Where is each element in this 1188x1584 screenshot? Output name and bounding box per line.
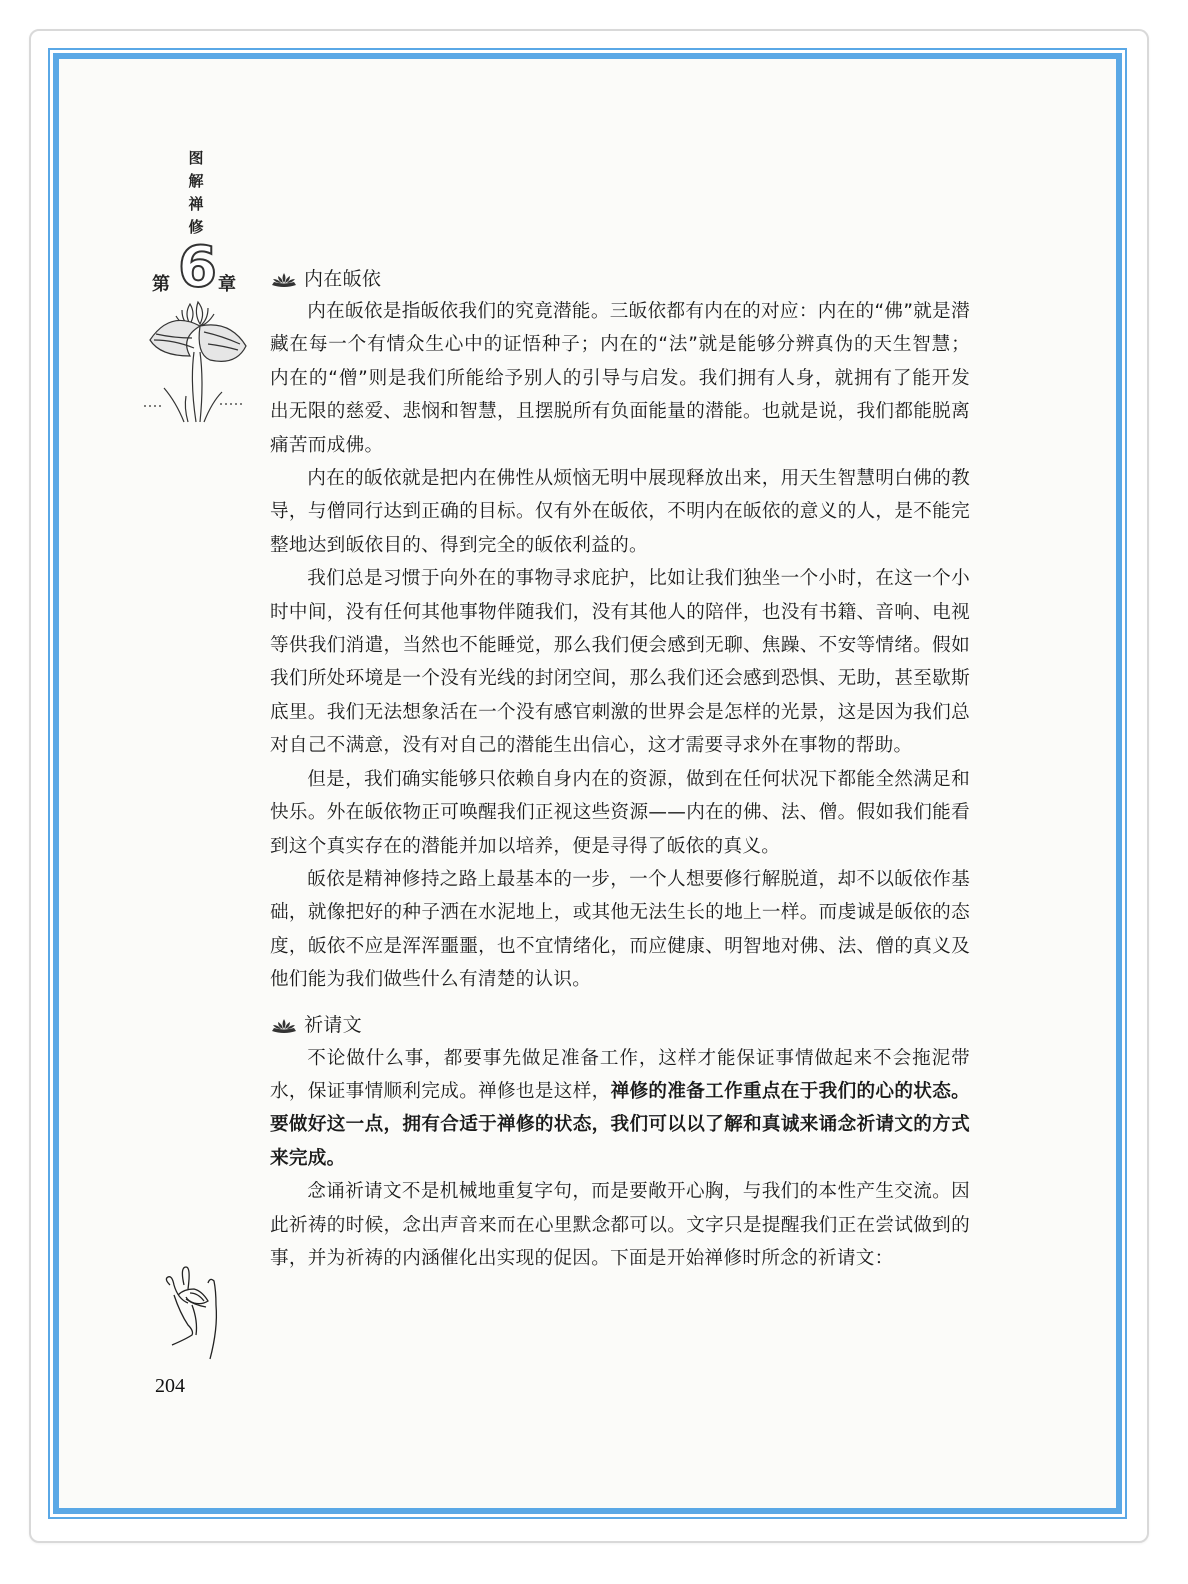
page-content: 内在皈依 内在皈依是指皈依我们的究竟潜能。三皈依都有内在的对应：内在的“佛”就是… [270,262,970,1275]
paragraph: 皈依是精神修持之路上最基本的一步，一个人想要修行解脱道，却不以皈依作基础，就像把… [270,863,970,997]
paragraph: 我们总是习惯于向外在的事物寻求庇护，比如让我们独坐一个小时，在这一个小时中间，没… [270,562,970,762]
mudra-hand-illustration-icon [160,1265,230,1360]
section-heading-text: 祈请文 [304,1010,362,1040]
page-number: 204 [155,1375,185,1398]
book-title-vertical: 图 解 禅 修 [186,147,206,239]
chapter-suffix: 章 [218,270,236,296]
paragraph: 不论做什么事，都要事先做足准备工作，这样才能保证事情做起来不会拖泥带水，保证事情… [270,1042,970,1176]
section-heading-text: 内在皈依 [304,264,381,294]
paragraph: 但是，我们确实能够只依赖自身内在的资源，做到在任何状况下都能全然满足和快乐。外在… [270,763,970,863]
paragraph: 内在的皈依就是把内在佛性从烦恼无明中展现释放出来，用天生智慧明白佛的教导，与僧同… [270,462,970,562]
lotus-icon [270,271,298,287]
book-title-char: 解 [186,170,206,193]
chapter-number: 6 [178,238,217,298]
paragraph: 内在皈依是指皈依我们的究竟潜能。三皈依都有内在的对应：内在的“佛”就是潜藏在每一… [270,295,970,462]
section-heading-prayer: 祈请文 [270,1009,970,1042]
book-title-char: 禅 [186,193,206,216]
book-title-char: 图 [186,147,206,170]
lotus-plant-illustration-icon [142,300,252,425]
chapter-label: 第 6 章 [152,244,252,300]
paragraph: 念诵祈请文不是机械地重复字句，而是要敞开心胸，与我们的本性产生交流。因此祈祷的时… [270,1175,970,1275]
section-heading-inner-refuge: 内在皈依 [270,262,970,295]
chapter-prefix: 第 [152,270,170,296]
lotus-icon [270,1017,298,1033]
